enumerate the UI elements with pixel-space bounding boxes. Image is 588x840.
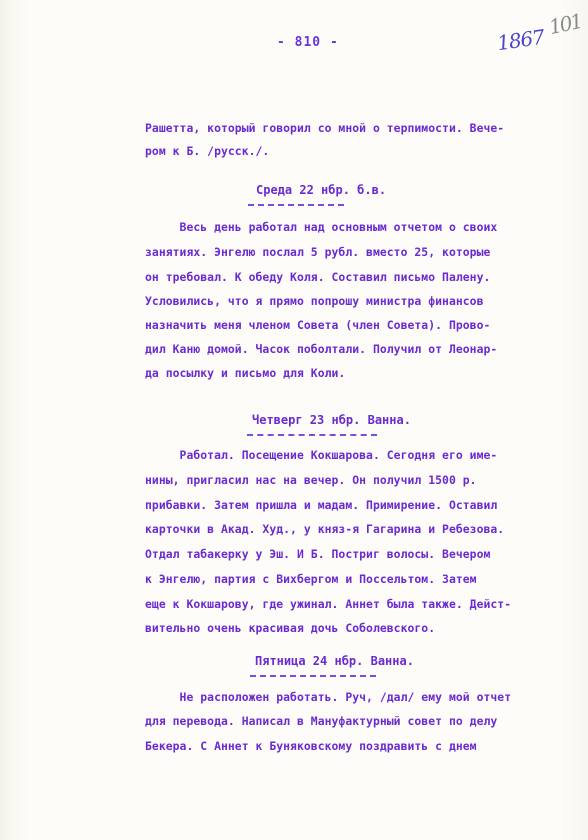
text-line: Отдал табакерку у Эш. И Б. Постриг волос… — [145, 547, 490, 561]
text-line: Весь день работал над основным отчетом о… — [145, 220, 497, 234]
text-line: дил Каню домой. Часок поболтали. Получил… — [145, 342, 497, 356]
entry-heading-thursday: Четверг 23 нбр. Ванна. — [252, 413, 411, 427]
text-line: Не расположен работать. Руч, /дал/ ему м… — [145, 690, 511, 704]
text-line: карточки в Акад. Худ., у княз-я Гагарина… — [145, 522, 504, 536]
entry-heading-friday: Пятница 24 нбр. Ванна. — [255, 654, 414, 668]
text-line: Бекера. С Аннет к Буняковскому поздравит… — [145, 739, 477, 753]
text-line: назначить меня членом Совета (член Совет… — [145, 318, 490, 332]
text-line: к Энгелю, партия с Вихбергом и Поссельто… — [145, 572, 477, 586]
handwritten-folio-number: 101 — [547, 9, 583, 39]
text-line: Рашетта, который говорил со мной о терпи… — [145, 121, 504, 135]
text-line: Условились, что я прямо попрошу министра… — [145, 294, 483, 308]
text-line: ром к Б. /русск./. — [145, 144, 269, 158]
text-line: он требовал. К обеду Коля. Составил пись… — [145, 270, 490, 284]
text-line: нины, пригласил нас на вечер. Он получил… — [145, 473, 477, 487]
text-line: еще к Кокшарову, где ужинал. Аннет была … — [145, 597, 511, 611]
document-page: - 810 - 1867 101 Рашетта, который говори… — [0, 0, 588, 840]
handwritten-year: 1867 — [496, 25, 546, 55]
text-line: вительно очень красивая дочь Соболевског… — [145, 621, 435, 635]
text-line: Работал. Посещение Кокшарова. Сегодня ег… — [145, 448, 497, 462]
text-line: для перевода. Написал в Мануфактурный со… — [145, 714, 497, 728]
page-number: - 810 - — [277, 35, 339, 50]
text-line: занятиях. Энгелю послал 5 рубл. вместо 2… — [145, 245, 490, 259]
heading-underline — [248, 204, 344, 206]
text-line: прибавки. Затем пришла и мадам. Примирен… — [145, 498, 497, 512]
text-line: да посылку и письмо для Коли. — [145, 366, 345, 380]
entry-heading-wednesday: Среда 22 нбр. б.в. — [256, 183, 386, 197]
heading-underline — [250, 675, 376, 677]
heading-underline — [247, 434, 377, 436]
